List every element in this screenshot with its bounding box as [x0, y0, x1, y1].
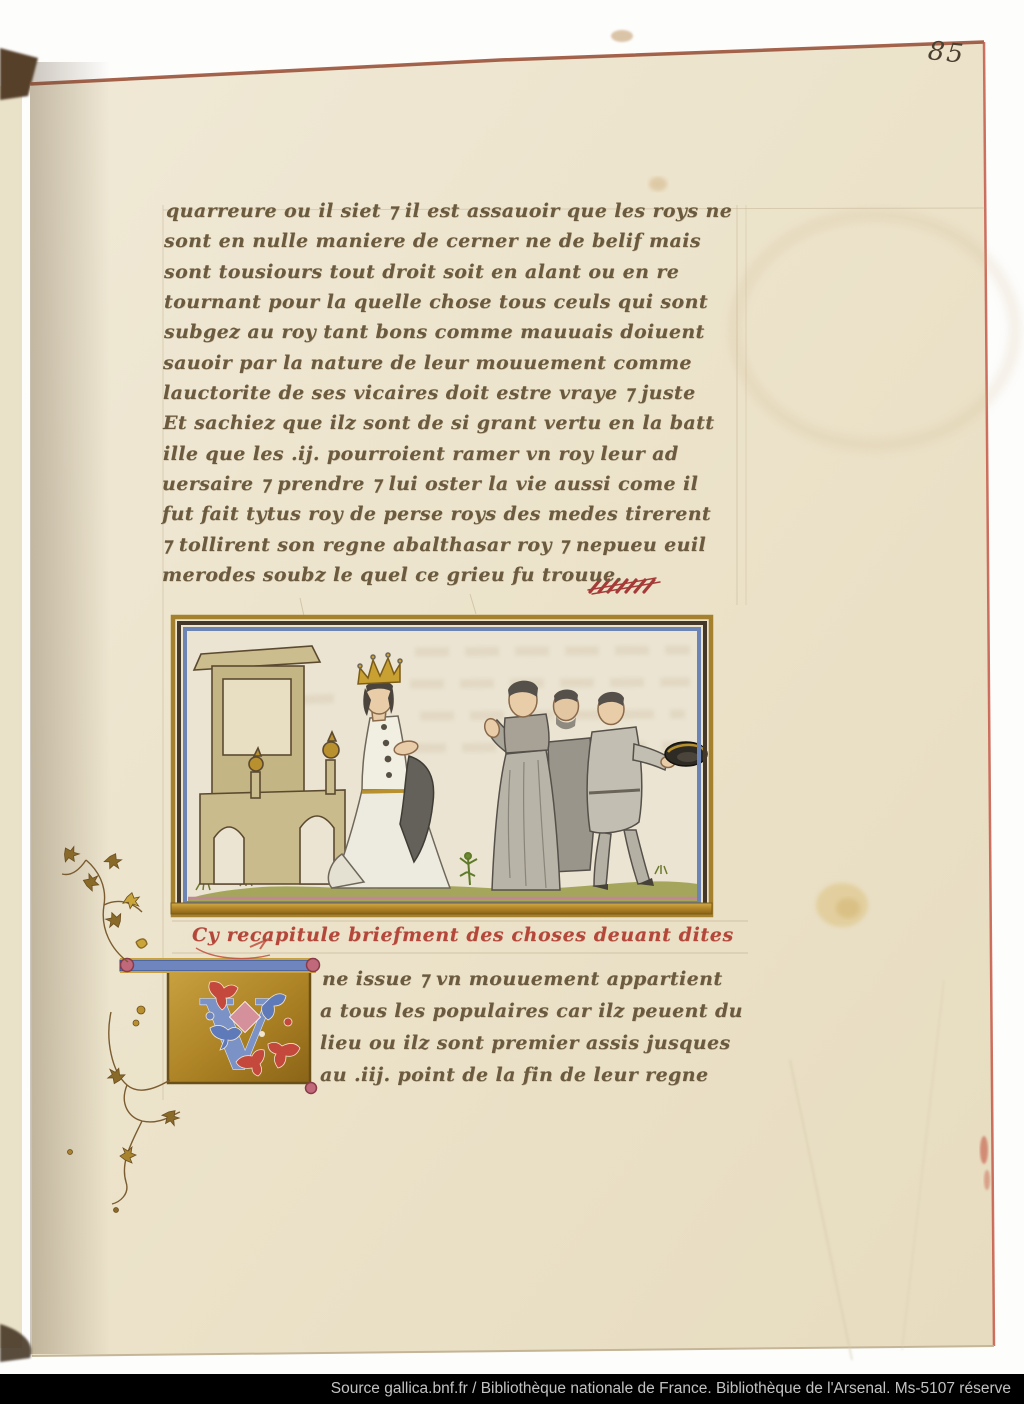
- manuscript-line: quarreure ou il siet ⁊ il est assauoir q…: [166, 198, 732, 224]
- manuscript-line: au .iij. point de la fin de leur regne: [320, 1062, 708, 1088]
- courtier1-robe: [492, 750, 560, 890]
- folio-number: 85: [927, 36, 967, 70]
- gutter-facing-page-edge: [0, 86, 22, 1348]
- manuscript-line: Et sachiez que ilz sont de si grant vert…: [163, 410, 714, 436]
- manuscript-line: sont tousiours tout droit soit en alant …: [164, 259, 679, 285]
- manuscript-line: sauoir par la nature de leur mouuement c…: [163, 350, 692, 376]
- manuscript-line: subgez au roy tant bons comme mauuais do…: [164, 319, 705, 345]
- manuscript-line: ⁊ tollirent son regne abalthasar roy ⁊ n…: [162, 532, 706, 558]
- miniature: [171, 617, 712, 915]
- manuscript-scan-page: V: [0, 0, 1024, 1404]
- manuscript-line: a tous les populaires car ilz peuent du: [320, 998, 743, 1024]
- manuscript-line: lieu ou ilz sont premier assis jusques: [320, 1030, 731, 1056]
- initial-bar-ball-right: [307, 959, 320, 972]
- manuscript-line: lauctorite de ses vicaires doit estre vr…: [163, 380, 696, 406]
- queen-gold-belt: [362, 791, 409, 792]
- initial-top-bar: [120, 960, 316, 971]
- manuscript-line: ille que les .ij. pourroient ramer vn ro…: [163, 441, 679, 467]
- manuscript-line: fut fait tytus roy de perse roys des med…: [162, 501, 711, 527]
- manuscript-line: uersaire ⁊ prendre ⁊ lui oster la vie au…: [162, 471, 698, 497]
- frame-gold-baseband: [171, 903, 712, 914]
- rubric-line: Cy recapitule briefment des choses deuan…: [192, 922, 734, 948]
- manuscript-line: tournant pour la quelle chose tous ceuls…: [164, 289, 708, 315]
- manuscript-line: merodes soubz le quel ce grieu fu trouue…: [162, 562, 622, 588]
- manuscript-line: sont en nulle maniere de cerner ne de be…: [164, 228, 701, 254]
- red-edge-smudge: [980, 1136, 988, 1164]
- manuscript-line: ne issue ⁊ vn mouuement appartient: [322, 966, 723, 992]
- initial-corner-ball: [306, 1083, 317, 1094]
- courtier3-tunic: [587, 727, 642, 833]
- source-attribution: Source gallica.bnf.fr / Bibliothèque nat…: [331, 1380, 1011, 1398]
- gold-squiggle: [136, 939, 147, 948]
- gallica-footer-bar: Source gallica.bnf.fr / Bibliothèque nat…: [0, 1374, 1024, 1404]
